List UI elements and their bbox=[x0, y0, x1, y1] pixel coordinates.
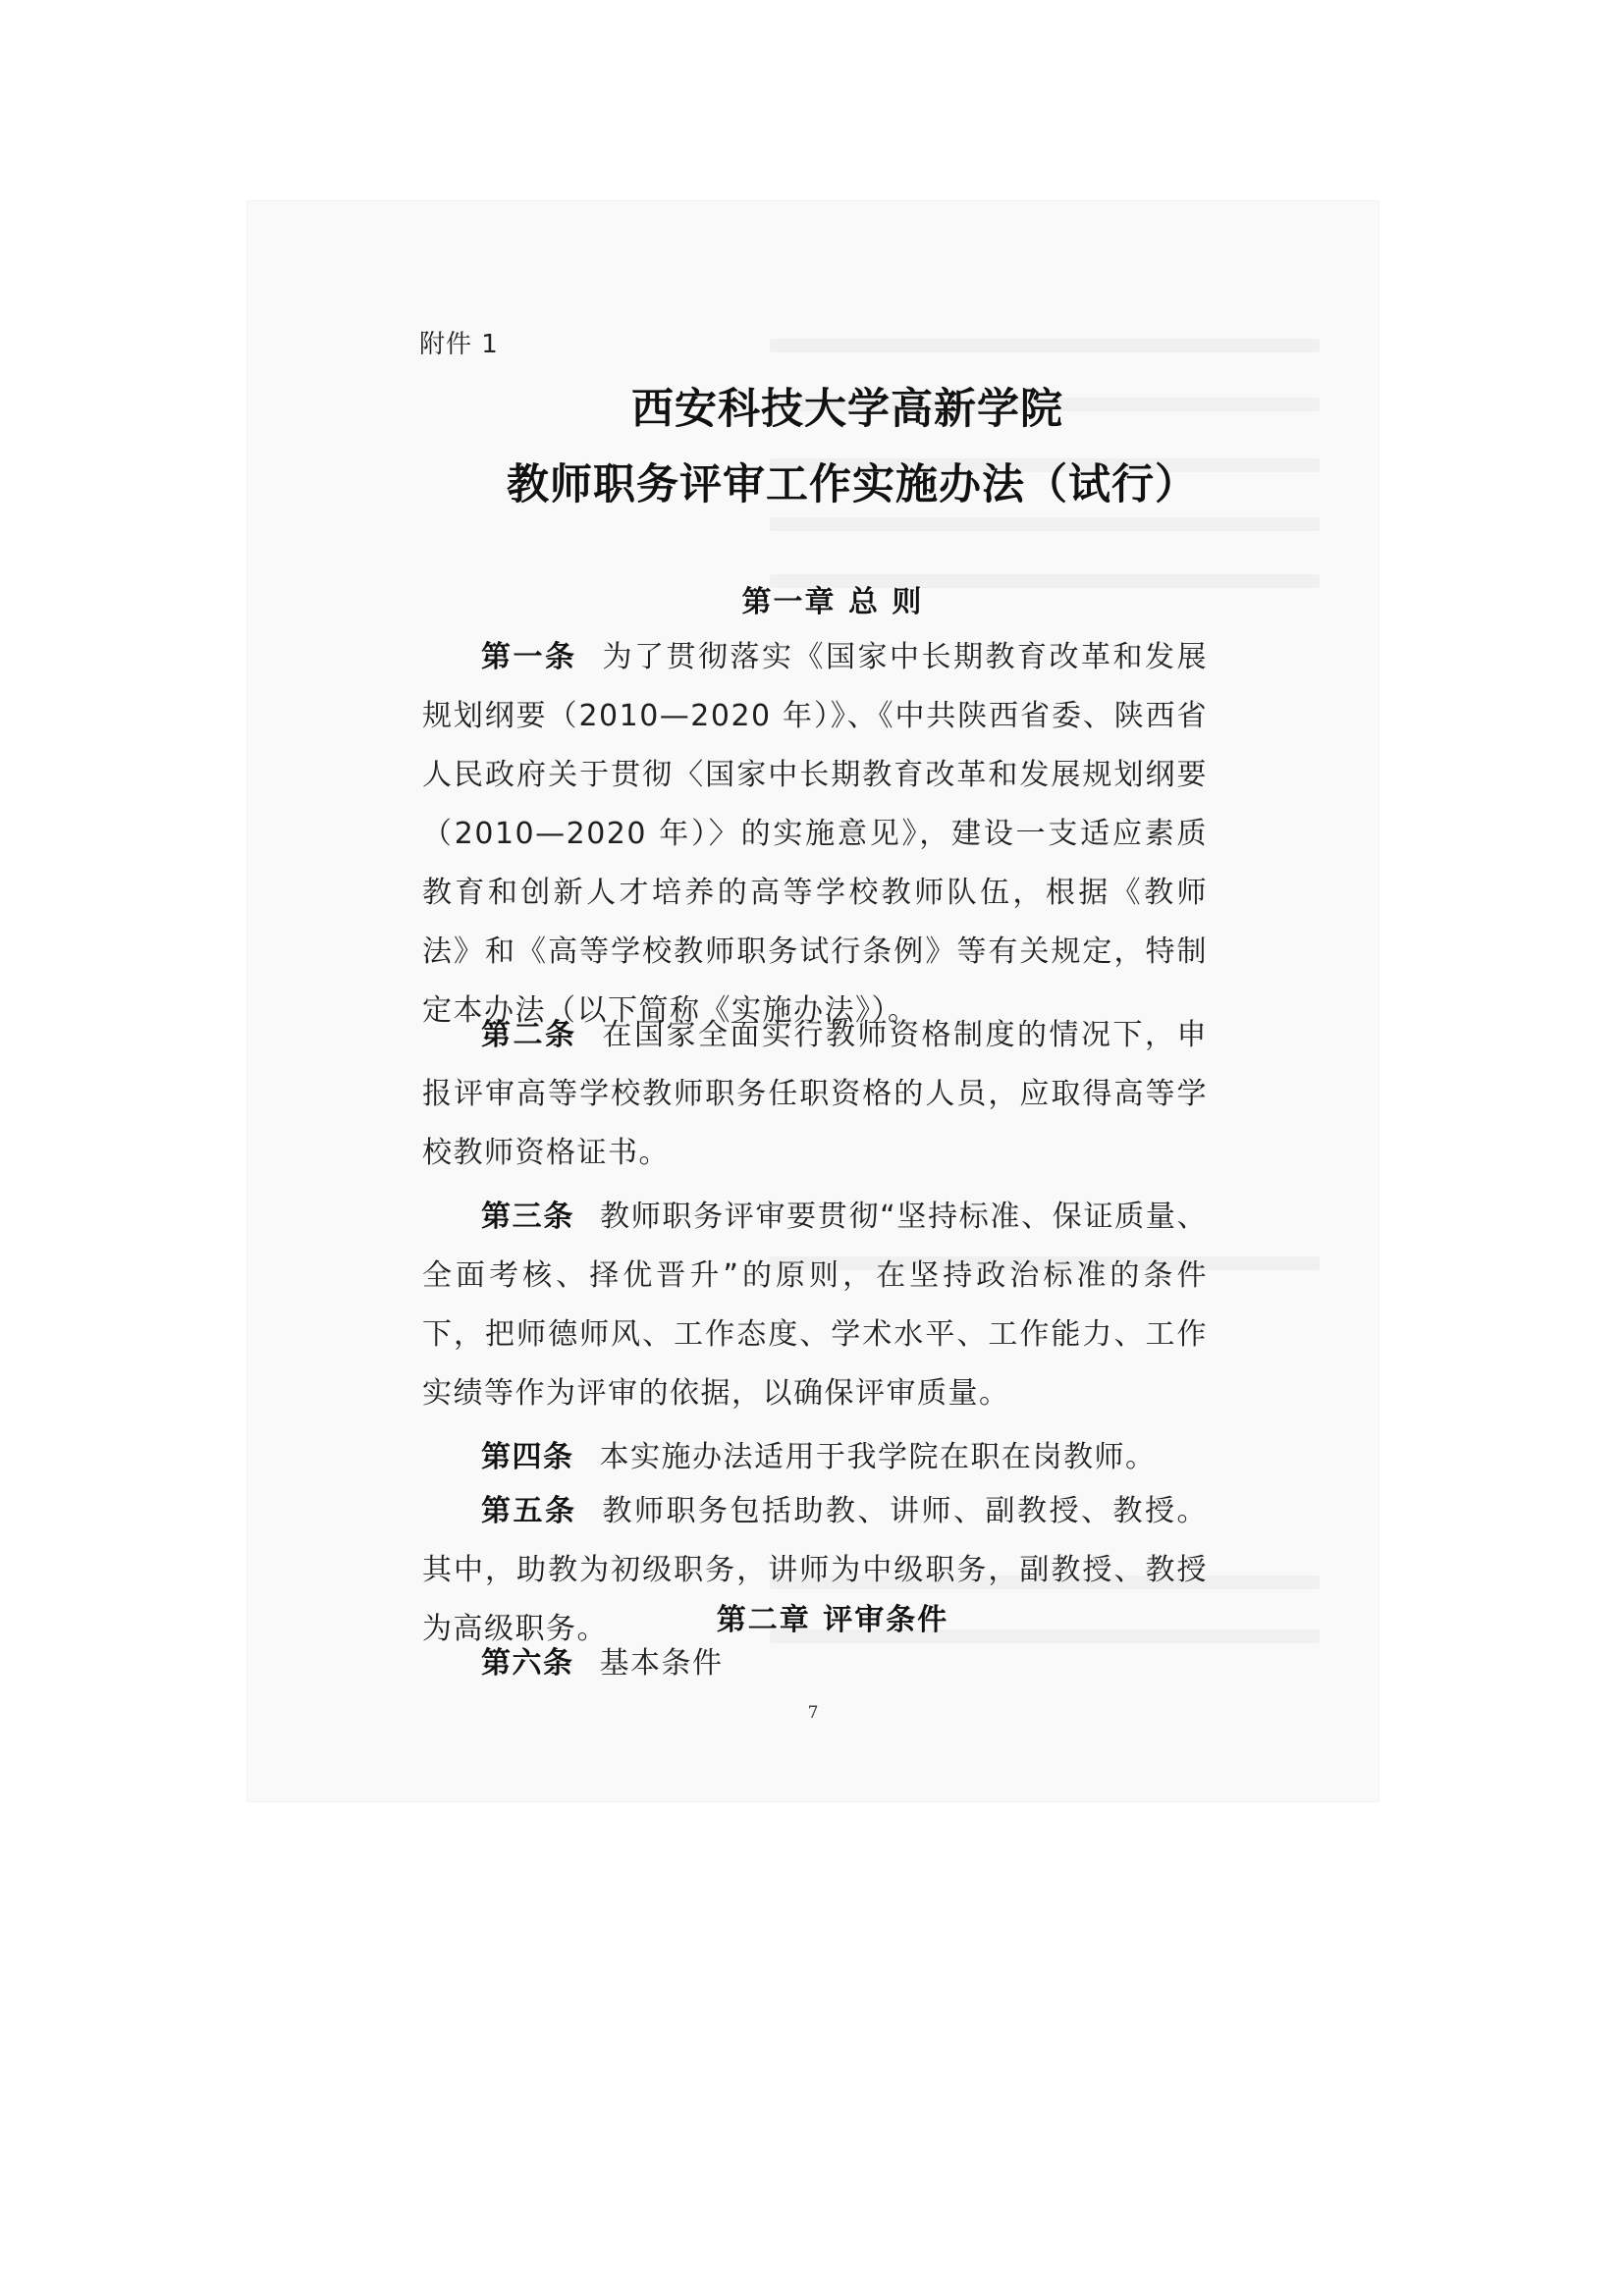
document-body: 附件 1 西安科技大学高新学院 教师职务评审工作实施办法（试行） 第一章 总 则… bbox=[247, 201, 1379, 1801]
article: 第六条基本条件 bbox=[422, 1634, 1208, 1693]
article: 第三条教师职务评审要贯彻“坚持标准、保证质量、全面考核、择优晋升”的原则，在坚持… bbox=[422, 1188, 1208, 1423]
article-label: 第三条 bbox=[481, 1200, 574, 1234]
article-text: 本实施办法适用于我学院在职在岗教师。 bbox=[600, 1440, 1157, 1474]
article-label: 第二条 bbox=[481, 1018, 577, 1052]
article-label: 第五条 bbox=[481, 1494, 577, 1528]
document-title-line2: 教师职务评审工作实施办法（试行） bbox=[287, 452, 1418, 511]
chapter-heading: 第二章 评审条件 bbox=[267, 1595, 1398, 1638]
article-label: 第六条 bbox=[481, 1646, 574, 1681]
article: 第四条本实施办法适用于我学院在职在岗教师。 bbox=[422, 1428, 1208, 1487]
chapter-heading: 第一章 总 则 bbox=[267, 577, 1398, 620]
article-label: 第一条 bbox=[481, 640, 577, 674]
page-number: 7 bbox=[247, 1703, 1379, 1723]
article: 第二条在国家全面实行教师资格制度的情况下，申报评审高等学校教师职务任职资格的人员… bbox=[422, 1006, 1208, 1183]
document-title-line1: 西安科技大学高新学院 bbox=[282, 376, 1413, 436]
article-label: 第四条 bbox=[481, 1440, 574, 1474]
article-text: 为了贯彻落实《国家中长期教育改革和发展规划纲要（2010—2020 年）》、《中… bbox=[422, 640, 1208, 1028]
article: 第一条为了贯彻落实《国家中长期教育改革和发展规划纲要（2010—2020 年）》… bbox=[422, 628, 1208, 1041]
article-text: 基本条件 bbox=[600, 1646, 724, 1681]
scanned-page: 附件 1 西安科技大学高新学院 教师职务评审工作实施办法（试行） 第一章 总 则… bbox=[247, 201, 1379, 1801]
attachment-label: 附件 1 bbox=[419, 324, 499, 360]
